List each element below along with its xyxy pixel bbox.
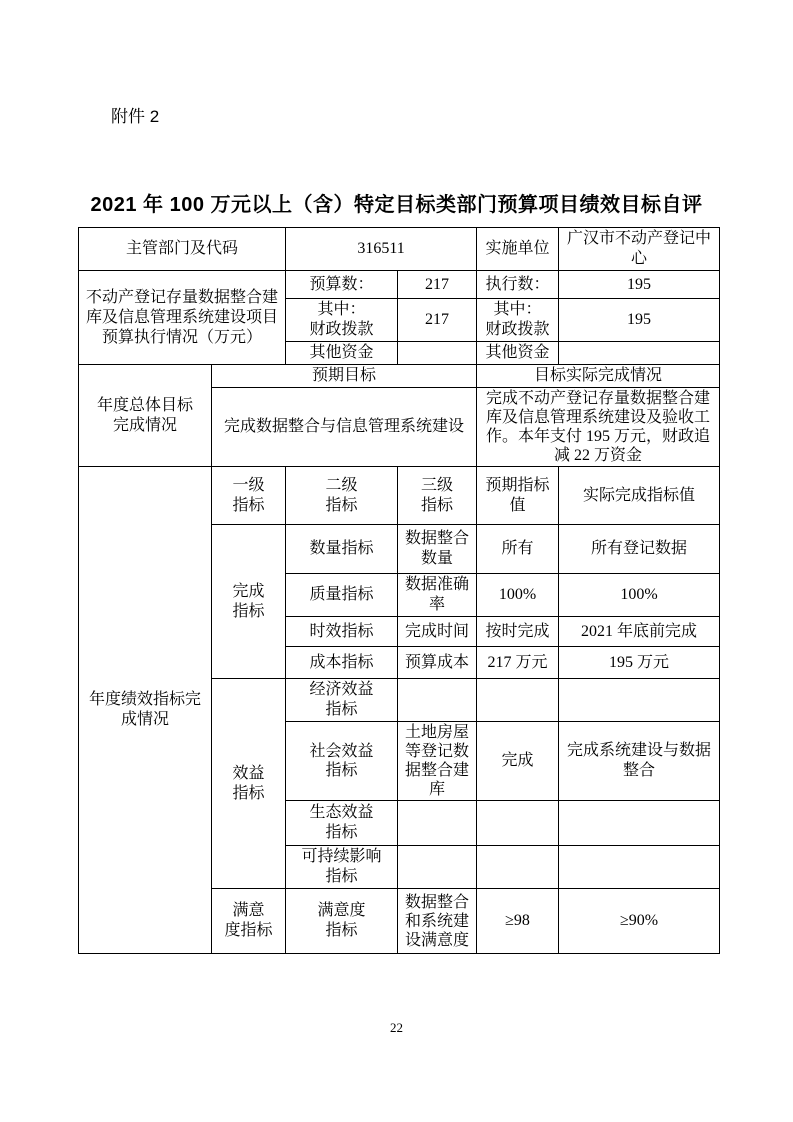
cell-sustainable-expected	[477, 846, 559, 889]
cell-economic-actual	[559, 679, 720, 722]
cell-annual-goal-label: 年度总体目标 完成情况	[79, 365, 212, 467]
cell-expected-goal-header: 预期目标	[212, 365, 477, 388]
cell-group-completion: 完成 指标	[212, 525, 286, 679]
cell-satisfaction-expected: ≥98	[477, 889, 559, 954]
cell-cost-l2: 成本指标	[286, 647, 398, 679]
cell-cost-actual: 195 万元	[559, 647, 720, 679]
cell-timeliness-actual: 2021 年底前完成	[559, 617, 720, 647]
cell-ecological-actual	[559, 801, 720, 846]
cell-other-funds-budget-value	[398, 342, 477, 365]
table-row: 年度总体目标 完成情况 预期目标 目标实际完成情况	[79, 365, 720, 388]
cell-sustainable-actual	[559, 846, 720, 889]
cell-fiscal-budget-label: 其中： 财政拨款	[286, 299, 398, 342]
cell-fiscal-exec-label: 其中： 财政拨款	[477, 299, 559, 342]
table-row: 主管部门及代码 316511 实施单位 广汉市不动产登记中 心	[79, 228, 720, 271]
cell-other-funds-exec-label: 其他资金	[477, 342, 559, 365]
cell-header-actual: 实际完成指标值	[559, 467, 720, 525]
cell-impl-unit-value: 广汉市不动产登记中 心	[559, 228, 720, 271]
cell-dept-label: 主管部门及代码	[79, 228, 286, 271]
cell-quantity-l2: 数量指标	[286, 525, 398, 574]
table-row: 不动产登记存量数据整合建 库及信息管理系统建设项目 预算执行情况（万元） 预算数…	[79, 271, 720, 299]
cell-ecological-l2: 生态效益 指标	[286, 801, 398, 846]
cell-group-satisfaction: 满意 度指标	[212, 889, 286, 954]
cell-social-actual: 完成系统建设与数据 整合	[559, 722, 720, 801]
cell-social-l3: 土地房屋 等登记数 据整合建 库	[398, 722, 477, 801]
cell-budget-num-value: 217	[398, 271, 477, 299]
cell-other-funds-budget-label: 其他资金	[286, 342, 398, 365]
cell-group-benefit: 效益 指标	[212, 679, 286, 889]
document-page: 附件 2 2021 年 100 万元以上（含）特定目标类部门预算项目绩效目标自评…	[0, 0, 793, 1122]
cell-header-level1: 一级 指标	[212, 467, 286, 525]
cell-timeliness-l3: 完成时间	[398, 617, 477, 647]
cell-timeliness-l2: 时效指标	[286, 617, 398, 647]
cell-indicators-label: 年度绩效指标完 成情况	[79, 467, 212, 954]
cell-social-l2: 社会效益 指标	[286, 722, 398, 801]
cell-other-funds-exec-value	[559, 342, 720, 365]
cell-header-expected: 预期指标 值	[477, 467, 559, 525]
cell-header-level2: 二级 指标	[286, 467, 398, 525]
cell-sustainable-l3	[398, 846, 477, 889]
cell-header-level3: 三级 指标	[398, 467, 477, 525]
cell-project-budget-label: 不动产登记存量数据整合建 库及信息管理系统建设项目 预算执行情况（万元）	[79, 271, 286, 365]
cell-cost-expected: 217 万元	[477, 647, 559, 679]
cell-economic-l2: 经济效益 指标	[286, 679, 398, 722]
cell-satisfaction-actual: ≥90%	[559, 889, 720, 954]
cell-economic-l3	[398, 679, 477, 722]
table-row: 年度绩效指标完 成情况 一级 指标 二级 指标 三级 指标 预期指标 值 实际完…	[79, 467, 720, 525]
cell-exec-num-value: 195	[559, 271, 720, 299]
attachment-label: 附件 2	[111, 102, 159, 127]
cell-fiscal-exec-value: 195	[559, 299, 720, 342]
cell-satisfaction-l2: 满意度 指标	[286, 889, 398, 954]
cell-expected-goal: 完成数据整合与信息管理系统建设	[212, 388, 477, 467]
cell-economic-expected	[477, 679, 559, 722]
cell-quantity-l3: 数据整合 数量	[398, 525, 477, 574]
cell-ecological-expected	[477, 801, 559, 846]
cell-satisfaction-l3: 数据整合 和系统建 设满意度	[398, 889, 477, 954]
cell-actual-goal: 完成不动产登记存量数据整合建 库及信息管理系统建设及验收工 作。本年支付 195…	[477, 388, 720, 467]
cell-quality-expected: 100%	[477, 574, 559, 617]
cell-quantity-actual: 所有登记数据	[559, 525, 720, 574]
performance-self-eval-table: 主管部门及代码 316511 实施单位 广汉市不动产登记中 心 不动产登记存量数…	[78, 227, 720, 954]
cell-cost-l3: 预算成本	[398, 647, 477, 679]
cell-actual-goal-header: 目标实际完成情况	[477, 365, 720, 388]
cell-exec-num-label: 执行数：	[477, 271, 559, 299]
page-number: 22	[0, 1020, 793, 1036]
cell-quality-actual: 100%	[559, 574, 720, 617]
cell-fiscal-budget-value: 217	[398, 299, 477, 342]
cell-social-expected: 完成	[477, 722, 559, 801]
cell-impl-unit-label: 实施单位	[477, 228, 559, 271]
cell-quality-l3: 数据准确 率	[398, 574, 477, 617]
cell-dept-code: 316511	[286, 228, 477, 271]
cell-ecological-l3	[398, 801, 477, 846]
cell-sustainable-l2: 可持续影响 指标	[286, 846, 398, 889]
document-title: 2021 年 100 万元以上（含）特定目标类部门预算项目绩效目标自评	[0, 188, 793, 217]
cell-timeliness-expected: 按时完成	[477, 617, 559, 647]
cell-quality-l2: 质量指标	[286, 574, 398, 617]
cell-budget-num-label: 预算数：	[286, 271, 398, 299]
cell-quantity-expected: 所有	[477, 525, 559, 574]
